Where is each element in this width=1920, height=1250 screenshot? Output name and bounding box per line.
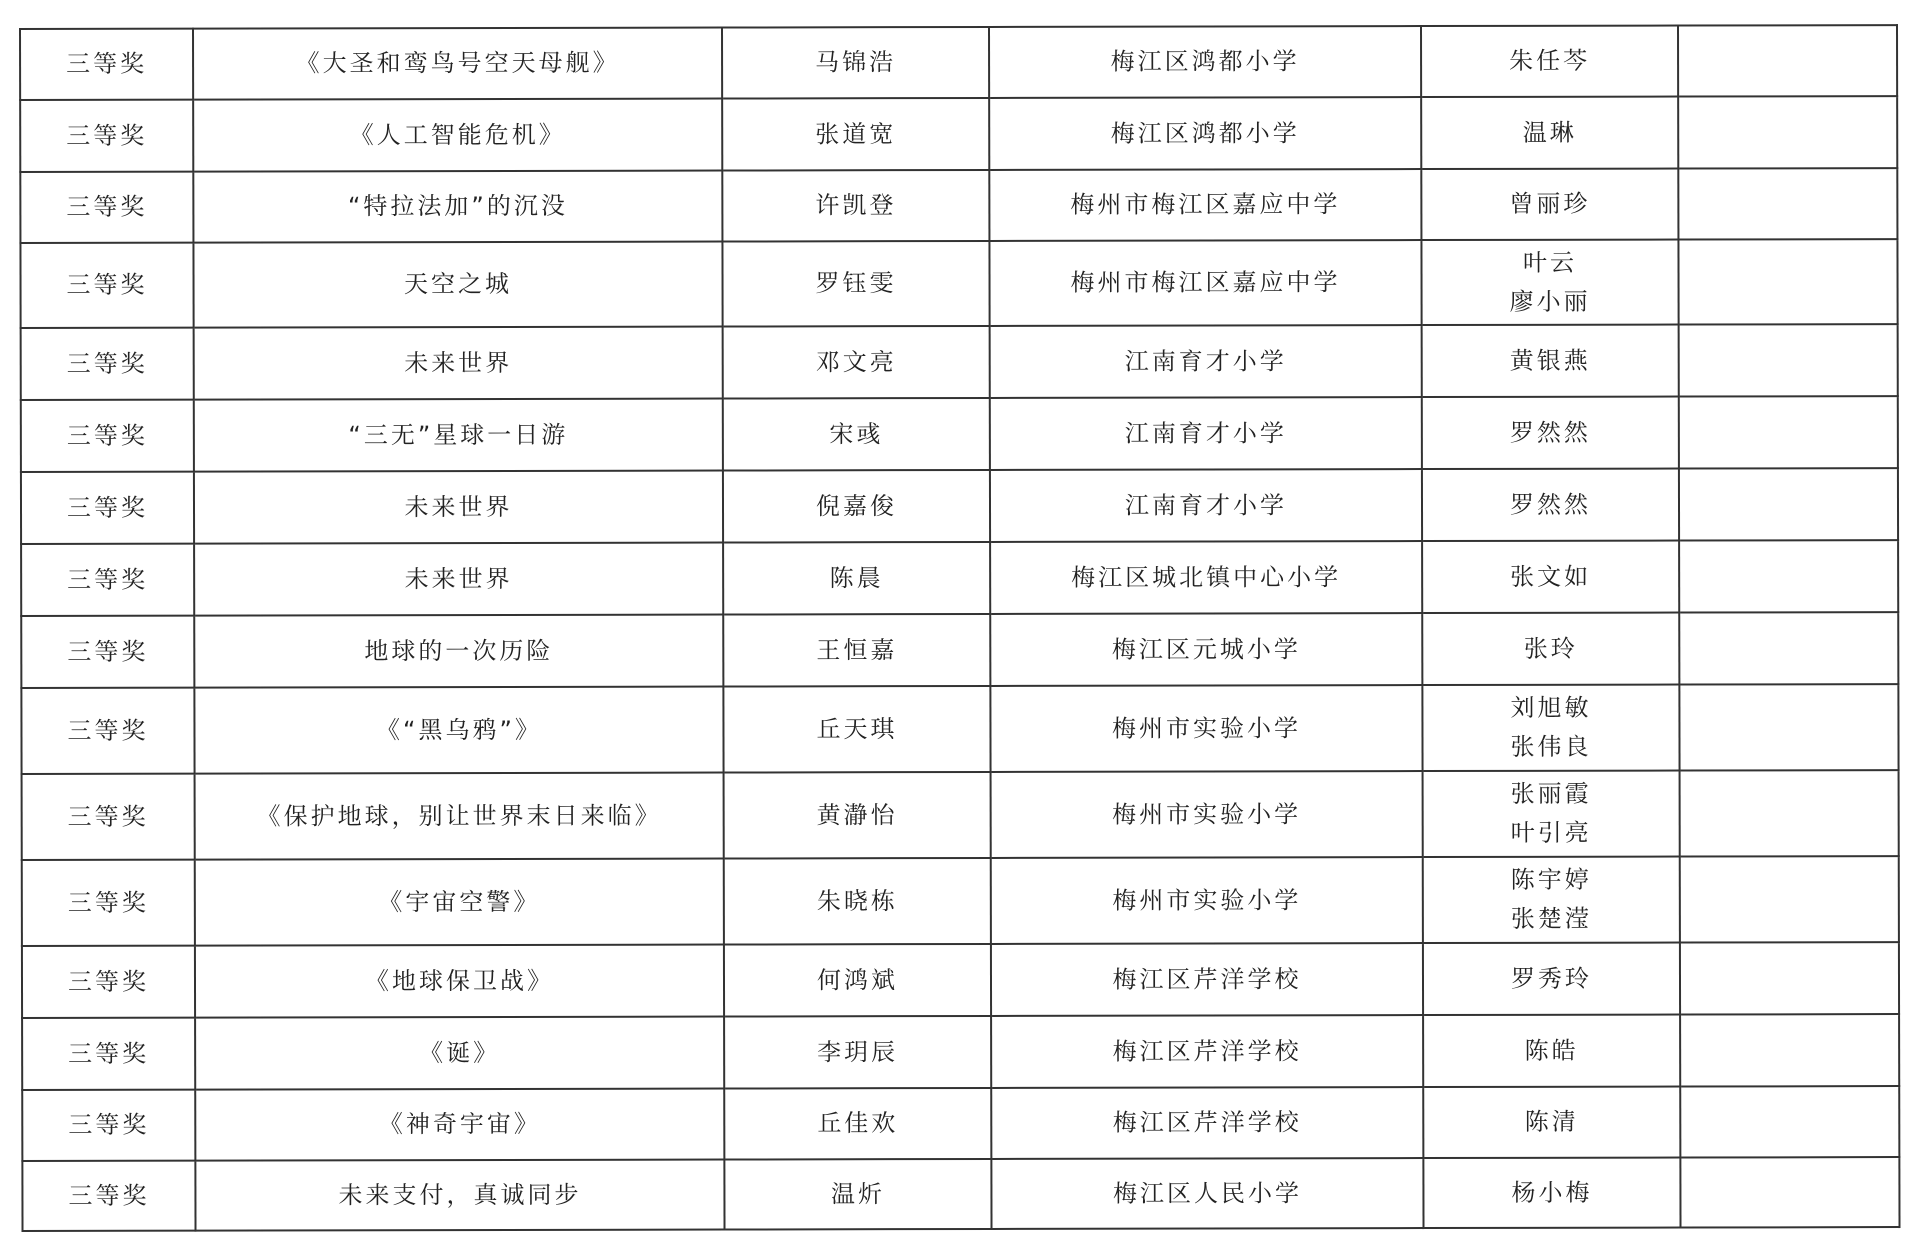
remark-cell bbox=[1678, 96, 1897, 168]
school-text: 梅江区芹洋学校 bbox=[1112, 965, 1301, 993]
work-title-text: 《“黑乌鸦”》 bbox=[376, 715, 542, 743]
teacher-cell: 黄银燕 bbox=[1422, 325, 1679, 398]
school-cell: 梅江区鸿都小学 bbox=[989, 26, 1421, 98]
work-title-text: 未来世界 bbox=[404, 492, 512, 520]
teacher-name: 张玲 bbox=[1423, 629, 1678, 669]
award-level-text: 三等奖 bbox=[67, 716, 148, 744]
table-row: 三等奖《人工智能危机》张道宽梅江区鸿都小学温琳 bbox=[20, 96, 1897, 172]
award-level-text: 三等奖 bbox=[67, 421, 148, 449]
remark-cell bbox=[1679, 684, 1898, 770]
school-cell: 梅州市梅江区嘉应中学 bbox=[989, 240, 1421, 326]
work-title-cell: 天空之城 bbox=[193, 242, 722, 328]
teacher-name: 陈宇婷 bbox=[1424, 861, 1679, 901]
table-row: 三等奖《大圣和鸾鸟号空天母舰》马锦浩梅江区鸿都小学朱任芩 bbox=[20, 25, 1897, 100]
remark-cell bbox=[1679, 612, 1898, 684]
teacher-name: 张伟良 bbox=[1423, 728, 1678, 768]
teacher-cell: 张丽霞叶引亮 bbox=[1423, 771, 1680, 858]
table-row: 三等奖《神奇宇宙》丘佳欢梅江区芹洋学校陈清 bbox=[22, 1086, 1899, 1161]
table-row: 三等奖《保护地球，别让世界末日来临》黄瀞怡梅州市实验小学张丽霞叶引亮 bbox=[22, 770, 1899, 860]
student-name-text: 朱晓栋 bbox=[817, 887, 898, 915]
table-row: 三等奖地球的一次历险王恒嘉梅江区元城小学张玲 bbox=[21, 612, 1898, 688]
award-level-text: 三等奖 bbox=[67, 637, 148, 665]
teacher-name: 罗秀玲 bbox=[1424, 959, 1679, 999]
school-text: 梅州市实验小学 bbox=[1112, 714, 1301, 742]
work-title-cell: “三无”星球一日游 bbox=[194, 399, 723, 472]
teacher-cell: 温琳 bbox=[1421, 97, 1678, 170]
work-title-text: “三无”星球一日游 bbox=[348, 420, 568, 448]
teacher-cell: 曾丽珍 bbox=[1421, 169, 1678, 241]
table-row: 三等奖《“黑乌鸦”》丘天琪梅州市实验小学刘旭敏张伟良 bbox=[21, 684, 1898, 774]
award-level-text: 三等奖 bbox=[67, 493, 148, 521]
remark-cell bbox=[1680, 942, 1899, 1014]
work-title-text: 《大圣和鸾鸟号空天母舰》 bbox=[296, 49, 620, 78]
work-title-text: 天空之城 bbox=[404, 270, 512, 298]
teacher-name: 曾丽珍 bbox=[1422, 185, 1677, 225]
remark-cell bbox=[1680, 856, 1899, 942]
school-text: 江南育才小学 bbox=[1125, 491, 1287, 519]
student-name-text: 张道宽 bbox=[815, 120, 896, 148]
award-level-text: 三等奖 bbox=[68, 888, 149, 916]
remark-cell bbox=[1680, 770, 1899, 856]
school-text: 梅江区元城小学 bbox=[1112, 635, 1301, 663]
remark-cell bbox=[1678, 239, 1897, 324]
student-name-cell: 陈晨 bbox=[723, 542, 990, 615]
remark-cell bbox=[1680, 1157, 1899, 1227]
school-cell: 江南育才小学 bbox=[990, 397, 1422, 470]
school-cell: 江南育才小学 bbox=[990, 469, 1422, 542]
school-text: 梅江区芹洋学校 bbox=[1113, 1108, 1302, 1136]
teacher-name: 叶引亮 bbox=[1424, 814, 1679, 854]
school-text: 梅江区鸿都小学 bbox=[1111, 47, 1300, 75]
remark-cell bbox=[1680, 1014, 1899, 1086]
teacher-name: 温琳 bbox=[1422, 113, 1677, 153]
work-title-text: 《宇宙空警》 bbox=[378, 887, 540, 915]
school-cell: 梅江区鸿都小学 bbox=[989, 97, 1421, 170]
work-title-cell: 《大圣和鸾鸟号空天母舰》 bbox=[193, 28, 722, 100]
student-name-text: 许凯登 bbox=[815, 191, 896, 219]
remark-cell bbox=[1680, 1086, 1899, 1157]
award-level-text: 三等奖 bbox=[66, 50, 147, 78]
teacher-cell: 张玲 bbox=[1422, 613, 1679, 686]
remark-cell bbox=[1679, 324, 1898, 396]
teacher-cell: 罗然然 bbox=[1422, 397, 1679, 470]
award-level-cell: 三等奖 bbox=[22, 1090, 195, 1161]
award-level-cell: 三等奖 bbox=[21, 472, 194, 544]
teacher-name: 张楚滢 bbox=[1424, 900, 1679, 940]
school-cell: 江南育才小学 bbox=[990, 325, 1422, 398]
work-title-cell: “特拉法加”的沉没 bbox=[193, 171, 722, 243]
student-name-text: 李玥辰 bbox=[817, 1038, 898, 1066]
work-title-cell: 未来世界 bbox=[194, 543, 723, 616]
school-cell: 梅江区芹洋学校 bbox=[991, 943, 1423, 1016]
award-level-cell: 三等奖 bbox=[20, 243, 193, 328]
student-name-text: 陈晨 bbox=[830, 564, 884, 592]
school-cell: 梅江区人民小学 bbox=[991, 1158, 1423, 1229]
teacher-cell: 叶云廖小丽 bbox=[1421, 240, 1678, 326]
student-name-text: 黄瀞怡 bbox=[817, 801, 898, 829]
teacher-name: 陈皓 bbox=[1424, 1031, 1679, 1071]
work-title-cell: 未来世界 bbox=[194, 471, 723, 544]
student-name-text: 罗钰雯 bbox=[816, 269, 897, 297]
teacher-name: 叶云 bbox=[1422, 243, 1677, 283]
student-name-cell: 罗钰雯 bbox=[722, 241, 989, 327]
student-name-text: 何鸿斌 bbox=[817, 966, 898, 994]
award-level-text: 三等奖 bbox=[68, 967, 149, 995]
student-name-cell: 丘佳欢 bbox=[724, 1088, 991, 1160]
school-text: 梅州市实验小学 bbox=[1112, 800, 1301, 828]
award-level-cell: 三等奖 bbox=[21, 616, 194, 688]
school-cell: 梅江区芹洋学校 bbox=[991, 1015, 1423, 1088]
teacher-cell: 陈宇婷张楚滢 bbox=[1423, 857, 1680, 944]
teacher-cell: 杨小梅 bbox=[1423, 1158, 1680, 1229]
school-cell: 梅州市梅江区嘉应中学 bbox=[989, 169, 1421, 241]
student-name-text: 马锦浩 bbox=[815, 48, 896, 76]
teacher-name: 黄银燕 bbox=[1423, 341, 1678, 381]
work-title-text: 《人工智能危机》 bbox=[350, 120, 566, 148]
award-level-cell: 三等奖 bbox=[21, 328, 194, 400]
table-row: 三等奖“特拉法加”的沉没许凯登梅州市梅江区嘉应中学曾丽珍 bbox=[20, 168, 1897, 243]
award-level-cell: 三等奖 bbox=[20, 100, 193, 172]
award-level-text: 三等奖 bbox=[67, 271, 148, 299]
teacher-cell: 罗秀玲 bbox=[1423, 943, 1680, 1016]
award-level-text: 三等奖 bbox=[67, 349, 148, 377]
student-name-cell: 李玥辰 bbox=[724, 1016, 991, 1089]
student-name-cell: 张道宽 bbox=[722, 98, 989, 171]
work-title-cell: 《宇宙空警》 bbox=[195, 859, 724, 946]
school-text: 江南育才小学 bbox=[1125, 347, 1287, 375]
teacher-cell: 张文如 bbox=[1422, 541, 1679, 614]
work-title-cell: 《地球保卫战》 bbox=[195, 945, 724, 1018]
school-text: 梅州市实验小学 bbox=[1112, 886, 1301, 914]
school-text: 梅州市梅江区嘉应中学 bbox=[1071, 268, 1341, 297]
teacher-name: 刘旭敏 bbox=[1423, 689, 1678, 729]
teacher-name: 廖小丽 bbox=[1423, 282, 1678, 322]
school-cell: 梅州市实验小学 bbox=[991, 771, 1423, 858]
school-text: 梅州市梅江区嘉应中学 bbox=[1070, 190, 1340, 219]
table-row: 三等奖《宇宙空警》朱晓栋梅州市实验小学陈宇婷张楚滢 bbox=[22, 856, 1899, 946]
work-title-cell: 《人工智能危机》 bbox=[193, 99, 722, 172]
table-row: 三等奖未来世界陈晨梅江区城北镇中心小学张文如 bbox=[21, 540, 1898, 616]
student-name-cell: 朱晓栋 bbox=[724, 858, 991, 945]
student-name-text: 宋彧 bbox=[829, 420, 883, 448]
award-list-table: 三等奖《大圣和鸾鸟号空天母舰》马锦浩梅江区鸿都小学朱任芩三等奖《人工智能危机》张… bbox=[19, 24, 1901, 1232]
award-level-cell: 三等奖 bbox=[20, 172, 193, 243]
school-text: 梅江区鸿都小学 bbox=[1111, 119, 1300, 147]
teacher-cell: 刘旭敏张伟良 bbox=[1422, 685, 1679, 772]
award-level-cell: 三等奖 bbox=[21, 544, 194, 616]
student-name-cell: 黄瀞怡 bbox=[724, 772, 991, 859]
teacher-name: 杨小梅 bbox=[1424, 1173, 1679, 1213]
student-name-cell: 邓文亮 bbox=[723, 326, 990, 399]
award-level-cell: 三等奖 bbox=[21, 688, 194, 774]
work-title-cell: 地球的一次历险 bbox=[194, 615, 723, 688]
award-level-text: 三等奖 bbox=[68, 1039, 149, 1067]
work-title-text: 《保护地球，别让世界末日来临》 bbox=[257, 801, 662, 830]
table-row: 三等奖“三无”星球一日游宋彧江南育才小学罗然然 bbox=[21, 396, 1898, 472]
work-title-cell: 《保护地球，别让世界末日来临》 bbox=[195, 773, 724, 860]
school-cell: 梅州市实验小学 bbox=[991, 857, 1423, 944]
work-title-text: 《神奇宇宙》 bbox=[379, 1110, 541, 1138]
work-title-cell: 《诞》 bbox=[195, 1017, 724, 1090]
work-title-cell: 未来世界 bbox=[194, 327, 723, 400]
school-cell: 梅江区城北镇中心小学 bbox=[990, 541, 1422, 614]
teacher-name: 张丽霞 bbox=[1424, 775, 1679, 815]
student-name-cell: 丘天琪 bbox=[723, 686, 990, 773]
award-level-text: 三等奖 bbox=[66, 121, 147, 149]
award-level-cell: 三等奖 bbox=[22, 946, 195, 1018]
award-level-text: 三等奖 bbox=[67, 565, 148, 593]
teacher-cell: 陈皓 bbox=[1423, 1015, 1680, 1088]
teacher-name: 罗然然 bbox=[1423, 413, 1678, 453]
table-row: 三等奖天空之城罗钰雯梅州市梅江区嘉应中学叶云廖小丽 bbox=[20, 239, 1897, 328]
remark-cell bbox=[1678, 25, 1897, 96]
teacher-name: 朱任芩 bbox=[1422, 42, 1677, 82]
table-row: 三等奖未来支付，真诚同步温炘梅江区人民小学杨小梅 bbox=[22, 1157, 1899, 1231]
award-level-text: 三等奖 bbox=[68, 1111, 149, 1139]
student-name-cell: 许凯登 bbox=[722, 170, 989, 242]
work-title-cell: 未来支付，真诚同步 bbox=[195, 1160, 724, 1231]
award-level-cell: 三等奖 bbox=[22, 774, 195, 860]
table-row: 三等奖未来世界倪嘉俊江南育才小学罗然然 bbox=[21, 468, 1898, 544]
school-text: 梅江区人民小学 bbox=[1113, 1179, 1302, 1207]
school-cell: 梅江区芹洋学校 bbox=[991, 1087, 1423, 1159]
student-name-cell: 王恒嘉 bbox=[723, 614, 990, 687]
student-name-cell: 温炘 bbox=[724, 1159, 991, 1230]
work-title-text: 未来世界 bbox=[404, 348, 512, 376]
student-name-text: 丘天琪 bbox=[816, 715, 897, 743]
work-title-text: 《诞》 bbox=[419, 1038, 500, 1066]
student-name-text: 邓文亮 bbox=[816, 348, 897, 376]
award-level-cell: 三等奖 bbox=[22, 1018, 195, 1090]
award-level-text: 三等奖 bbox=[68, 802, 149, 830]
table-row: 三等奖《地球保卫战》何鸿斌梅江区芹洋学校罗秀玲 bbox=[22, 942, 1899, 1018]
remark-cell bbox=[1679, 540, 1898, 612]
award-table-body: 三等奖《大圣和鸾鸟号空天母舰》马锦浩梅江区鸿都小学朱任芩三等奖《人工智能危机》张… bbox=[20, 25, 1900, 1231]
work-title-text: 未来支付，真诚同步 bbox=[338, 1180, 581, 1209]
teacher-name: 罗然然 bbox=[1423, 485, 1678, 525]
award-level-text: 三等奖 bbox=[66, 193, 147, 221]
student-name-cell: 倪嘉俊 bbox=[723, 470, 990, 543]
table-row: 三等奖未来世界邓文亮江南育才小学黄银燕 bbox=[21, 324, 1898, 400]
student-name-text: 倪嘉俊 bbox=[816, 492, 897, 520]
teacher-cell: 陈清 bbox=[1423, 1087, 1680, 1159]
teacher-name: 陈清 bbox=[1424, 1103, 1679, 1143]
work-title-text: 地球的一次历险 bbox=[364, 636, 553, 664]
school-cell: 梅江区元城小学 bbox=[990, 613, 1422, 686]
teacher-name: 张文如 bbox=[1423, 557, 1678, 597]
work-title-text: 未来世界 bbox=[405, 564, 513, 592]
work-title-text: “特拉法加”的沉没 bbox=[348, 192, 568, 220]
student-name-text: 温炘 bbox=[831, 1180, 885, 1208]
award-level-cell: 三等奖 bbox=[21, 400, 194, 472]
student-name-cell: 宋彧 bbox=[723, 398, 990, 471]
remark-cell bbox=[1678, 168, 1897, 239]
work-title-cell: 《神奇宇宙》 bbox=[195, 1089, 724, 1161]
award-level-cell: 三等奖 bbox=[22, 860, 195, 946]
student-name-cell: 马锦浩 bbox=[722, 27, 989, 99]
award-level-cell: 三等奖 bbox=[22, 1161, 195, 1231]
school-text: 梅江区城北镇中心小学 bbox=[1071, 563, 1341, 592]
remark-cell bbox=[1679, 468, 1898, 540]
award-level-text: 三等奖 bbox=[68, 1181, 149, 1209]
award-level-cell: 三等奖 bbox=[20, 29, 193, 100]
teacher-cell: 朱任芩 bbox=[1421, 26, 1678, 98]
teacher-cell: 罗然然 bbox=[1422, 469, 1679, 542]
school-text: 江南育才小学 bbox=[1125, 419, 1287, 447]
school-text: 梅江区芹洋学校 bbox=[1113, 1037, 1302, 1065]
student-name-text: 王恒嘉 bbox=[816, 636, 897, 664]
school-cell: 梅州市实验小学 bbox=[990, 685, 1422, 772]
student-name-cell: 何鸿斌 bbox=[724, 944, 991, 1017]
work-title-text: 《地球保卫战》 bbox=[365, 966, 554, 994]
work-title-cell: 《“黑乌鸦”》 bbox=[194, 687, 723, 774]
table-row: 三等奖《诞》李玥辰梅江区芹洋学校陈皓 bbox=[22, 1014, 1899, 1090]
remark-cell bbox=[1679, 396, 1898, 468]
student-name-text: 丘佳欢 bbox=[817, 1109, 898, 1137]
